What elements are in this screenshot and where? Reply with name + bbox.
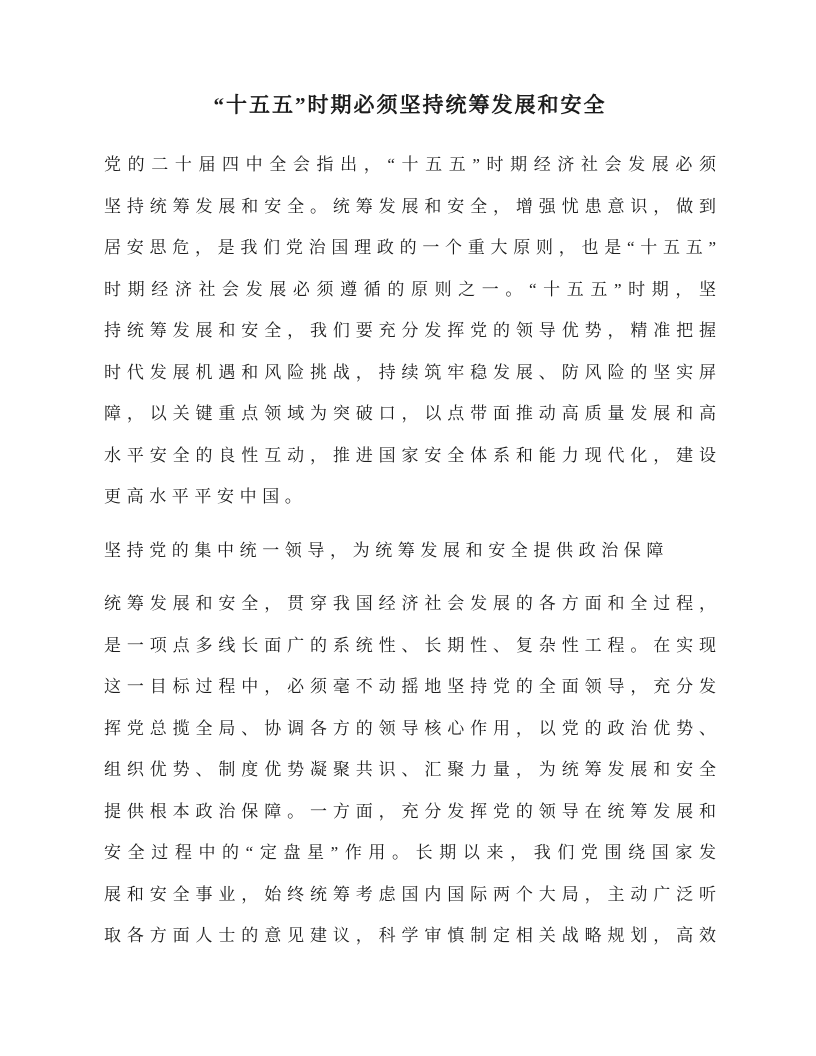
body-line: 取各方面人士的意见建议，科学审慎制定相关战略规划，高效: [104, 915, 716, 957]
body-line: 组织优势、制度优势凝聚共识、汇聚力量，为统筹发展和安全: [104, 749, 716, 791]
body-line: 展和安全事业，始终统筹考虑国内国际两个大局，主动广泛听: [104, 874, 716, 916]
body-line: 居安思危，是我们党治国理政的一个重大原则，也是“十五五”: [104, 227, 716, 269]
document-title: “十五五”时期必须坚持统筹发展和安全: [104, 93, 716, 118]
body-line: 这一目标过程中，必须毫不动摇地坚持党的全面领导，充分发: [104, 666, 716, 708]
body-line: 统筹发展和安全，贯穿我国经济社会发展的各方面和全过程，: [104, 583, 716, 625]
body-line: 持统筹发展和安全，我们要充分发挥党的领导优势，精准把握: [104, 310, 716, 352]
body-line: 水平安全的良性互动，推进国家安全体系和能力现代化，建设: [104, 435, 716, 477]
body-line: 坚持统筹发展和安全。统筹发展和安全，增强忧患意识，做到: [104, 186, 716, 228]
document-body: “十五五”时期必须坚持统筹发展和安全 党的二十届四中全会指出，“十五五”时期经济…: [104, 93, 716, 957]
section-subheading: 坚持党的集中统一领导，为统筹发展和安全提供政治保障: [104, 530, 716, 572]
body-line: 时期经济社会发展必须遵循的原则之一。“十五五”时期，坚: [104, 269, 716, 311]
body-line: 安全过程中的“定盘星”作用。长期以来，我们党围绕国家发: [104, 832, 716, 874]
document-page: “十五五”时期必须坚持统筹发展和安全 党的二十届四中全会指出，“十五五”时期经济…: [0, 0, 816, 1056]
body-line: 是一项点多线长面广的系统性、长期性、复杂性工程。在实现: [104, 625, 716, 667]
body-line: 挥党总揽全局、协调各方的领导核心作用，以党的政治优势、: [104, 708, 716, 750]
paragraph-2: 统筹发展和安全，贯穿我国经济社会发展的各方面和全过程， 是一项点多线长面广的系统…: [104, 583, 716, 957]
body-line: 更高水平平安中国。: [104, 476, 716, 518]
paragraph-1: 党的二十届四中全会指出，“十五五”时期经济社会发展必须 坚持统筹发展和安全。统筹…: [104, 144, 716, 518]
body-line: 障，以关键重点领域为突破口，以点带面推动高质量发展和高: [104, 393, 716, 435]
section-subheading-block: 坚持党的集中统一领导，为统筹发展和安全提供政治保障: [104, 530, 716, 572]
body-line: 提供根本政治保障。一方面，充分发挥党的领导在统筹发展和: [104, 791, 716, 833]
body-line: 时代发展机遇和风险挑战，持续筑牢稳发展、防风险的坚实屏: [104, 352, 716, 394]
body-line: 党的二十届四中全会指出，“十五五”时期经济社会发展必须: [104, 144, 716, 186]
